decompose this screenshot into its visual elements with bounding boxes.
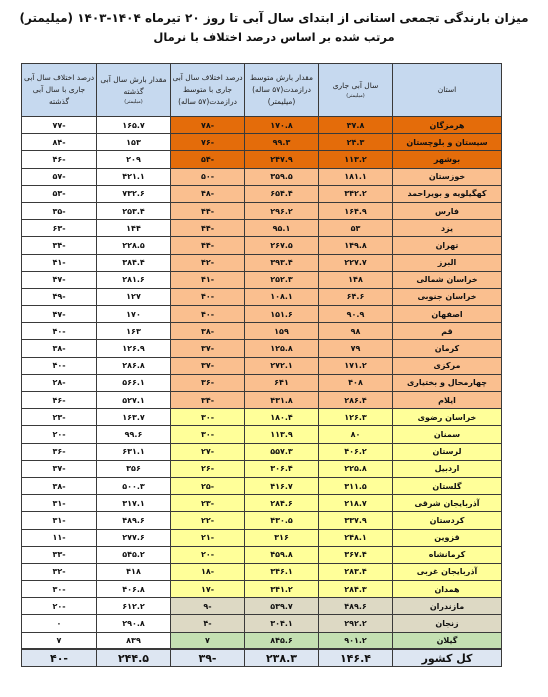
cell-long-term-average: ۲۵۲.۳: [245, 271, 319, 288]
cell-province-name: همدان: [393, 581, 502, 598]
cell-diff-vs-average: -۷۶: [171, 134, 245, 151]
cell-current-year: ۱۴۹.۸: [319, 237, 393, 254]
cell-current-year: ۱۸۱.۱: [319, 168, 393, 185]
rainfall-table: درصد اختلاف سال آبی جاری با سال آبی گذشت…: [21, 63, 502, 667]
cell-province-name: بوشهر: [393, 151, 502, 168]
cell-last-year: ۱۶۳: [97, 323, 171, 340]
header-current-year-unit: (میلیمتر): [319, 92, 392, 100]
cell-diff-vs-average: -۲۷: [171, 443, 245, 460]
cell-current-year: ۲۹۲.۲: [319, 615, 393, 632]
cell-province-name: خوزستان: [393, 168, 502, 185]
cell-diff-vs-last: -۵۷: [22, 168, 97, 185]
cell-province-name: مازندران: [393, 598, 502, 615]
cell-long-term-average: ۹۵.۱: [245, 220, 319, 237]
cell-diff-vs-last: ۷: [22, 632, 97, 649]
cell-diff-vs-last: -۸۴: [22, 134, 97, 151]
table-row: ۷۸۳۹۷۸۴۵.۶۹۰۱.۲گیلان: [22, 632, 502, 649]
cell-diff-vs-average: -۴۴: [171, 237, 245, 254]
cell-province-name: البرز: [393, 254, 502, 271]
cell-diff-vs-last: -۴۹: [22, 288, 97, 305]
cell-diff-vs-last: -۴۶: [22, 392, 97, 409]
cell-diff-vs-last: -۱۱: [22, 529, 97, 546]
cell-last-year: ۴۲۱.۱: [97, 168, 171, 185]
cell-last-year: ۳۱۷.۱: [97, 495, 171, 512]
table-row: -۴۶۵۲۷.۱-۳۴۴۳۱.۸۲۸۶.۴ایلام: [22, 392, 502, 409]
cell-long-term-average: ۶۴۱: [245, 374, 319, 391]
cell-long-term-average: ۳۹۳.۴: [245, 254, 319, 271]
cell-current-year: ۱۱۳.۲: [319, 151, 393, 168]
cell-last-year: ۵۰۰.۳: [97, 477, 171, 494]
table-row: -۷۷۱۶۵.۷-۷۸۱۷۰.۸۳۷.۸هرمزگان: [22, 117, 502, 134]
report-title: میزان بارندگی تجمعی استانی از ابتدای سال…: [0, 8, 548, 28]
cell-current-year: ۱۶۴.۹: [319, 202, 393, 219]
cell-diff-vs-last: -۳۴: [22, 237, 97, 254]
cell-last-year: ۶۳۱.۱: [97, 443, 171, 460]
cell-diff-vs-average: -۴۴: [171, 202, 245, 219]
cell-last-year: ۹۹.۶: [97, 426, 171, 443]
cell-diff-vs-average: -۴: [171, 615, 245, 632]
cell-province-name: کهگیلویه و بویراحمد: [393, 185, 502, 202]
cell-province-name: کردستان: [393, 512, 502, 529]
cell-last-year: ۳۸۴.۴: [97, 254, 171, 271]
table-row: -۳۱۳۱۷.۱-۲۳۲۸۴.۶۲۱۸.۷آذربایجان شرقی: [22, 495, 502, 512]
cell-diff-vs-last: -۳۶: [22, 443, 97, 460]
total-last-year: ۲۴۴.۵: [97, 649, 171, 666]
cell-long-term-average: ۵۳۹.۷: [245, 598, 319, 615]
cell-province-name: هرمزگان: [393, 117, 502, 134]
cell-diff-vs-last: -۴۷: [22, 271, 97, 288]
cell-last-year: ۱۷۰: [97, 306, 171, 323]
cell-long-term-average: ۲۷۲.۱: [245, 357, 319, 374]
cell-long-term-average: ۴۵۹.۸: [245, 546, 319, 563]
cell-diff-vs-last: -۴۶: [22, 151, 97, 168]
cell-long-term-average: ۱۵۱.۶: [245, 306, 319, 323]
cell-province-name: گیلان: [393, 632, 502, 649]
cell-diff-vs-average: -۱۸: [171, 563, 245, 580]
cell-diff-vs-last: -۴۷: [22, 306, 97, 323]
cell-long-term-average: ۳۰۴.۱: [245, 615, 319, 632]
cell-diff-vs-last: -۳۰: [22, 581, 97, 598]
cell-long-term-average: ۴۳۰.۵: [245, 512, 319, 529]
table-row: -۴۶۲۰۹-۵۴۲۴۷.۹۱۱۳.۲بوشهر: [22, 151, 502, 168]
cell-diff-vs-average: -۲۰: [171, 546, 245, 563]
cell-last-year: ۱۵۳: [97, 134, 171, 151]
header-diff-vs-last-year: درصد اختلاف سال آبی جاری با سال آبی گذشت…: [22, 64, 97, 117]
cell-long-term-average: ۴۱۶.۷: [245, 477, 319, 494]
table-row: -۳۶۶۳۱.۱-۲۷۵۵۷.۳۴۰۶.۲لرستان: [22, 443, 502, 460]
cell-province-name: سمنان: [393, 426, 502, 443]
table-row: -۲۰۹۹.۶-۳۰۱۱۳.۹۸۰سمنان: [22, 426, 502, 443]
cell-last-year: ۱۶۳.۷: [97, 409, 171, 426]
cell-current-year: ۹۰۱.۲: [319, 632, 393, 649]
cell-diff-vs-average: -۳۰: [171, 426, 245, 443]
header-last-year: مقدار بارش سال آبی گذشته(میلیمتر): [97, 64, 171, 117]
cell-current-year: ۳۳۷.۹: [319, 512, 393, 529]
cell-current-year: ۳۶۷.۴: [319, 546, 393, 563]
cell-diff-vs-last: -۲۳: [22, 409, 97, 426]
cell-diff-vs-last: -۵۳: [22, 185, 97, 202]
cell-diff-vs-last: -۷۷: [22, 117, 97, 134]
cell-diff-vs-average: -۳۶: [171, 374, 245, 391]
cell-diff-vs-average: -۳۷: [171, 357, 245, 374]
cell-province-name: خراسان جنوبی: [393, 288, 502, 305]
table-row: -۵۳۷۳۲.۶-۴۸۶۵۴.۴۳۴۲.۲کهگیلویه و بویراحمد: [22, 185, 502, 202]
cell-last-year: ۸۳۹: [97, 632, 171, 649]
report-subtitle: مرتب شده بر اساس درصد اختلاف با نرمال: [0, 28, 548, 47]
cell-last-year: ۲۲۸.۵: [97, 237, 171, 254]
cell-diff-vs-last: ۰: [22, 615, 97, 632]
cell-long-term-average: ۳۴۱.۲: [245, 581, 319, 598]
cell-diff-vs-average: -۲۱: [171, 529, 245, 546]
table-row: -۴۷۱۷۰-۴۰۱۵۱.۶۹۰.۹اصفهان: [22, 306, 502, 323]
cell-province-name: سیستان و بلوچستان: [393, 134, 502, 151]
header-long-term-average: مقدار بارش متوسط درازمدت(۵۷ ساله) (میلیم…: [245, 64, 319, 117]
table-row: -۶۳۱۴۴-۴۴۹۵.۱۵۳یزد: [22, 220, 502, 237]
cell-province-name: قزوین: [393, 529, 502, 546]
cell-current-year: ۲۸۴.۳: [319, 581, 393, 598]
cell-last-year: ۵۴۵.۲: [97, 546, 171, 563]
cell-long-term-average: ۸۴۵.۶: [245, 632, 319, 649]
table-row: -۴۷۲۸۱.۶-۴۱۲۵۲.۳۱۴۸خراسان شمالی: [22, 271, 502, 288]
table-row: -۳۳۵۴۵.۲-۲۰۴۵۹.۸۳۶۷.۴کرمانشاه: [22, 546, 502, 563]
cell-current-year: ۲۴۸.۱: [319, 529, 393, 546]
cell-diff-vs-last: -۴۰: [22, 357, 97, 374]
cell-province-name: گلستان: [393, 477, 502, 494]
cell-last-year: ۳۵۶: [97, 460, 171, 477]
cell-province-name: خراسان شمالی: [393, 271, 502, 288]
cell-province-name: قم: [393, 323, 502, 340]
cell-last-year: ۱۲۶.۹: [97, 340, 171, 357]
total-row: -۴۰ ۲۴۴.۵ -۳۹ ۲۳۸.۳ ۱۴۶.۴ کل کشور: [22, 649, 502, 666]
total-label: کل کشور: [393, 649, 502, 666]
cell-province-name: اردبیل: [393, 460, 502, 477]
table-row: -۳۸۵۰۰.۳-۲۵۴۱۶.۷۳۱۱.۵گلستان: [22, 477, 502, 494]
cell-diff-vs-average: -۳۴: [171, 392, 245, 409]
cell-long-term-average: ۱۱۳.۹: [245, 426, 319, 443]
table-row: -۸۴۱۵۳-۷۶۹۹.۳۲۴.۳سیستان و بلوچستان: [22, 134, 502, 151]
cell-diff-vs-last: -۶۳: [22, 220, 97, 237]
cell-province-name: لرستان: [393, 443, 502, 460]
table-row: -۴۱۳۸۴.۴-۴۲۳۹۳.۴۲۲۷.۷البرز: [22, 254, 502, 271]
cell-current-year: ۷۹: [319, 340, 393, 357]
cell-long-term-average: ۱۵۹: [245, 323, 319, 340]
table-row: -۴۰۲۸۶.۸-۳۷۲۷۲.۱۱۷۱.۲مرکزی: [22, 357, 502, 374]
header-last-year-unit: (میلیمتر): [97, 98, 170, 106]
cell-long-term-average: ۳۴۶.۱: [245, 563, 319, 580]
cell-long-term-average: ۵۵۷.۳: [245, 443, 319, 460]
cell-last-year: ۱۴۴: [97, 220, 171, 237]
cell-diff-vs-last: -۳۱: [22, 495, 97, 512]
cell-long-term-average: ۱۰۸.۱: [245, 288, 319, 305]
cell-last-year: ۲۰۹: [97, 151, 171, 168]
cell-diff-vs-average: -۲۲: [171, 512, 245, 529]
cell-province-name: فارس: [393, 202, 502, 219]
cell-current-year: ۸۰: [319, 426, 393, 443]
cell-diff-vs-last: -۲۰: [22, 426, 97, 443]
cell-current-year: ۲۲۷.۷: [319, 254, 393, 271]
cell-diff-vs-last: -۲۰: [22, 598, 97, 615]
cell-current-year: ۴۰۸: [319, 374, 393, 391]
cell-diff-vs-last: -۳۵: [22, 202, 97, 219]
cell-diff-vs-average: -۲۶: [171, 460, 245, 477]
cell-diff-vs-last: -۳۸: [22, 340, 97, 357]
cell-last-year: ۴۱۸: [97, 563, 171, 580]
total-diff-vs-last: -۴۰: [22, 649, 97, 666]
cell-province-name: زنجان: [393, 615, 502, 632]
cell-current-year: ۴۸۹.۶: [319, 598, 393, 615]
cell-last-year: ۵۶۶.۱: [97, 374, 171, 391]
cell-province-name: مرکزی: [393, 357, 502, 374]
cell-diff-vs-last: -۳۲: [22, 563, 97, 580]
cell-province-name: کرمان: [393, 340, 502, 357]
cell-province-name: ایلام: [393, 392, 502, 409]
cell-current-year: ۳۴۲.۲: [319, 185, 393, 202]
cell-province-name: اصفهان: [393, 306, 502, 323]
cell-current-year: ۲۸۶.۴: [319, 392, 393, 409]
table-row: -۴۰۱۶۳-۳۸۱۵۹۹۸قم: [22, 323, 502, 340]
cell-last-year: ۲۸۱.۶: [97, 271, 171, 288]
cell-current-year: ۵۳: [319, 220, 393, 237]
header-province: استان: [393, 64, 502, 117]
cell-long-term-average: ۶۵۴.۴: [245, 185, 319, 202]
cell-diff-vs-average: -۲۳: [171, 495, 245, 512]
cell-diff-vs-last: -۳۱: [22, 512, 97, 529]
cell-last-year: ۶۱۲.۲: [97, 598, 171, 615]
table-row: -۴۹۱۲۷-۴۰۱۰۸.۱۶۴.۶خراسان جنوبی: [22, 288, 502, 305]
table-row: -۲۸۵۶۶.۱-۳۶۶۴۱۴۰۸چهارمحال و بختیاری: [22, 374, 502, 391]
cell-current-year: ۱۷۱.۲: [319, 357, 393, 374]
cell-province-name: یزد: [393, 220, 502, 237]
cell-province-name: کرمانشاه: [393, 546, 502, 563]
header-diff-vs-average: درصد اختلاف سال آبی جاری با متوسط درازمد…: [171, 64, 245, 117]
cell-current-year: ۴۰۶.۲: [319, 443, 393, 460]
cell-last-year: ۲۷۷.۶: [97, 529, 171, 546]
cell-diff-vs-average: -۱۷: [171, 581, 245, 598]
total-diff-vs-average: -۳۹: [171, 649, 245, 666]
cell-diff-vs-average: -۷۸: [171, 117, 245, 134]
cell-province-name: آذربایجان غربی: [393, 563, 502, 580]
cell-current-year: ۱۲۶.۳: [319, 409, 393, 426]
cell-diff-vs-last: -۳۳: [22, 546, 97, 563]
cell-province-name: چهارمحال و بختیاری: [393, 374, 502, 391]
cell-long-term-average: ۱۲۵.۸: [245, 340, 319, 357]
table-row: -۳۱۴۸۹.۶-۲۲۴۳۰.۵۳۳۷.۹کردستان: [22, 512, 502, 529]
cell-last-year: ۲۵۳.۴: [97, 202, 171, 219]
cell-diff-vs-average: -۴۲: [171, 254, 245, 271]
cell-last-year: ۱۶۵.۷: [97, 117, 171, 134]
cell-last-year: ۴۰۶.۸: [97, 581, 171, 598]
cell-current-year: ۶۴.۶: [319, 288, 393, 305]
cell-long-term-average: ۲۸۴.۶: [245, 495, 319, 512]
cell-province-name: آذربایجان شرقی: [393, 495, 502, 512]
cell-diff-vs-average: -۲۵: [171, 477, 245, 494]
table-row: -۳۸۱۲۶.۹-۳۷۱۲۵.۸۷۹کرمان: [22, 340, 502, 357]
table-row: -۲۰۶۱۲.۲-۹۵۳۹.۷۴۸۹.۶مازندران: [22, 598, 502, 615]
cell-current-year: ۲۲۵.۸: [319, 460, 393, 477]
cell-diff-vs-average: ۷: [171, 632, 245, 649]
header-current-year: سال آبی جاری(میلیمتر): [319, 64, 393, 117]
cell-long-term-average: ۳۰۶.۴: [245, 460, 319, 477]
cell-diff-vs-average: -۹: [171, 598, 245, 615]
cell-last-year: ۲۸۶.۸: [97, 357, 171, 374]
table-row: ۰۲۹۰.۸-۴۳۰۴.۱۲۹۲.۲زنجان: [22, 615, 502, 632]
cell-diff-vs-average: -۳۷: [171, 340, 245, 357]
table-header-row: درصد اختلاف سال آبی جاری با سال آبی گذشت…: [22, 64, 502, 117]
cell-last-year: ۷۳۲.۶: [97, 185, 171, 202]
cell-current-year: ۲۸۳.۴: [319, 563, 393, 580]
cell-long-term-average: ۱۸۰.۴: [245, 409, 319, 426]
cell-province-name: تهران: [393, 237, 502, 254]
cell-diff-vs-average: -۴۴: [171, 220, 245, 237]
cell-current-year: ۱۴۸: [319, 271, 393, 288]
cell-long-term-average: ۳۱۶: [245, 529, 319, 546]
cell-current-year: ۳۷.۸: [319, 117, 393, 134]
table-row: -۳۲۴۱۸-۱۸۳۴۶.۱۲۸۳.۴آذربایجان غربی: [22, 563, 502, 580]
cell-diff-vs-average: -۴۱: [171, 271, 245, 288]
cell-long-term-average: ۳۵۹.۵: [245, 168, 319, 185]
cell-long-term-average: ۲۴۷.۹: [245, 151, 319, 168]
cell-long-term-average: ۲۶۷.۵: [245, 237, 319, 254]
cell-current-year: ۹۰.۹: [319, 306, 393, 323]
cell-long-term-average: ۱۷۰.۸: [245, 117, 319, 134]
cell-diff-vs-last: -۳۷: [22, 460, 97, 477]
cell-diff-vs-average: -۴۸: [171, 185, 245, 202]
cell-current-year: ۹۸: [319, 323, 393, 340]
cell-last-year: ۲۹۰.۸: [97, 615, 171, 632]
cell-diff-vs-average: -۵۴: [171, 151, 245, 168]
cell-diff-vs-average: -۳۸: [171, 323, 245, 340]
cell-diff-vs-average: -۳۰: [171, 409, 245, 426]
cell-province-name: خراسان رضوی: [393, 409, 502, 426]
cell-last-year: ۱۲۷: [97, 288, 171, 305]
cell-diff-vs-last: -۳۸: [22, 477, 97, 494]
table-row: -۳۰۴۰۶.۸-۱۷۳۴۱.۲۲۸۴.۳همدان: [22, 581, 502, 598]
cell-diff-vs-average: -۴۰: [171, 288, 245, 305]
total-long-term-average: ۲۳۸.۳: [245, 649, 319, 666]
table-row: -۳۴۲۲۸.۵-۴۴۲۶۷.۵۱۴۹.۸تهران: [22, 237, 502, 254]
report-title-block: میزان بارندگی تجمعی استانی از ابتدای سال…: [0, 8, 548, 47]
cell-last-year: ۴۸۹.۶: [97, 512, 171, 529]
cell-diff-vs-last: -۴۱: [22, 254, 97, 271]
cell-diff-vs-average: -۴۰: [171, 306, 245, 323]
cell-long-term-average: ۴۳۱.۸: [245, 392, 319, 409]
table-row: -۵۷۴۲۱.۱-۵۰۳۵۹.۵۱۸۱.۱خوزستان: [22, 168, 502, 185]
cell-current-year: ۳۱۱.۵: [319, 477, 393, 494]
table-row: -۱۱۲۷۷.۶-۲۱۳۱۶۲۴۸.۱قزوین: [22, 529, 502, 546]
cell-last-year: ۵۲۷.۱: [97, 392, 171, 409]
cell-current-year: ۲۱۸.۷: [319, 495, 393, 512]
table-row: -۳۵۲۵۳.۴-۴۴۲۹۶.۲۱۶۴.۹فارس: [22, 202, 502, 219]
table-row: -۲۳۱۶۳.۷-۳۰۱۸۰.۴۱۲۶.۳خراسان رضوی: [22, 409, 502, 426]
table-row: -۳۷۳۵۶-۲۶۳۰۶.۴۲۲۵.۸اردبیل: [22, 460, 502, 477]
cell-long-term-average: ۲۹۶.۲: [245, 202, 319, 219]
cell-current-year: ۲۴.۳: [319, 134, 393, 151]
cell-diff-vs-last: -۴۰: [22, 323, 97, 340]
total-current-year: ۱۴۶.۴: [319, 649, 393, 666]
cell-diff-vs-last: -۲۸: [22, 374, 97, 391]
cell-diff-vs-average: -۵۰: [171, 168, 245, 185]
cell-long-term-average: ۹۹.۳: [245, 134, 319, 151]
